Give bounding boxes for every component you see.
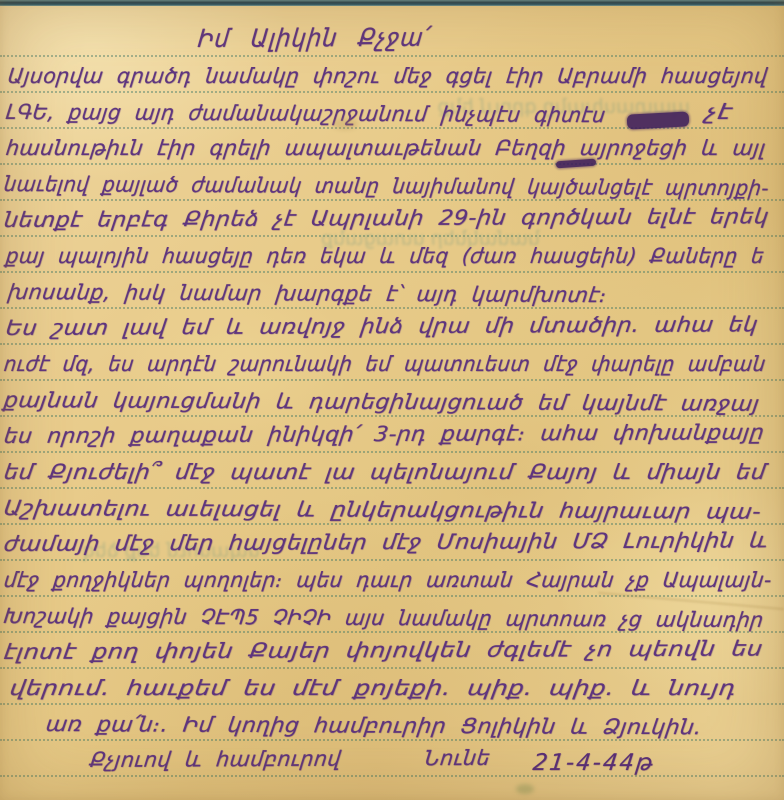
handwritten-line: ժամայի մէջ մեր հայցելըներ մէջ Մոսիային Մ…: [2, 528, 769, 556]
paper-stain: [332, 118, 358, 130]
rule-line: [0, 775, 784, 777]
rule-line: [0, 163, 784, 165]
handwritten-line: Ես շատ լավ եմ և առվոյջ ինձ վրա մի մտածիր…: [4, 312, 759, 340]
rule-line: [0, 343, 784, 345]
handwritten-line: նետքէ երբէգ Քիրեձ չէ Ապրլանի 29-ին գործկ…: [2, 204, 770, 232]
handwritten-line: չէ: [704, 100, 734, 124]
paper-top-edge-band: [0, 0, 784, 6]
handwritten-line: նաւելով քայլած ժամանակ տանը նայիմանով կա…: [3, 172, 771, 200]
rule-line: [0, 523, 784, 525]
handwritten-line: Խոշակի քայցին ՉԷՊ5 ՉԻՉԻ այս նամակը պրտոա…: [3, 604, 766, 632]
ink-blot-strikeout: [556, 159, 596, 169]
handwritten-line: քայնան կայուցմանի և դարեցինայցուած եմ կա…: [2, 388, 761, 416]
rule-line: [0, 667, 784, 669]
signature-line: Քչյուով և համբուրով Նունե: [89, 746, 492, 772]
rule-line: [0, 55, 784, 57]
rule-line: [0, 487, 784, 489]
letter-page: պատասխանը գրում ենքնամակներ ստացանքսպասո…: [0, 0, 784, 800]
handwritten-line: վերում. հաւքեմ ես մէմ քոյեքի. պիք. պիք. …: [8, 676, 737, 700]
paper-stain: [516, 784, 534, 794]
handwritten-line: էլոտէ քող փոյեն Քայեր փոյովկեն ժգլեմէ չո…: [2, 637, 764, 664]
handwritten-line: ես որոշի քաղաքան ինիկզի՛ 3-րդ քարգէ։ ահա…: [3, 420, 766, 448]
rule-line: [0, 415, 784, 417]
rule-line: [0, 307, 784, 309]
rule-line: [0, 739, 784, 741]
rule-line: [0, 703, 784, 705]
handwritten-line: առ քա՛ն։. Իմ կողից համբուրիր Ցոլիկին և Ձ…: [44, 712, 703, 739]
handwritten-line: խոսանք, իսկ նամար խարգքե է՝ այդ կարմխոտէ…: [6, 280, 608, 307]
rule-line: [0, 451, 784, 453]
handwritten-line: ուժէ մզ, ես արդէն շարունակի եմ պատուեստ …: [3, 352, 767, 376]
rule-line: [0, 271, 784, 273]
rule-line: [0, 91, 784, 93]
handwritten-line: մէջ քողջիկներ պողոլեր։ պես դաւր առտան Հա…: [3, 568, 774, 592]
handwritten-line: ԼԳԵ, քայց այդ ժամանակաշրջանում ինչպէս գի…: [5, 100, 608, 127]
handwritten-line: քայ պալոյին հասցեյը դեռ եկա և մեզ (ժառ հ…: [5, 244, 766, 268]
handwritten-line: եմ Քյուժելի՞ մէջ պատէ լա պելոնայում Քայո…: [2, 460, 767, 484]
handwritten-line: Այսօրվա գրածդ նամակը փոշու մեջ գցել էիր …: [7, 64, 769, 88]
rule-line: [0, 379, 784, 381]
date-text: 21-4-44թ: [531, 750, 656, 776]
rule-line: [0, 595, 784, 597]
handwritten-line: հասնութիւն էիր գրելի ապալտաւթենան Բեղզի …: [5, 136, 768, 160]
handwritten-line: Աշխատելու աւելացել և ընկերակցութիւն հայր…: [2, 496, 763, 524]
salutation-line: Իմ Ալիկին Քչջա՛: [196, 23, 431, 53]
